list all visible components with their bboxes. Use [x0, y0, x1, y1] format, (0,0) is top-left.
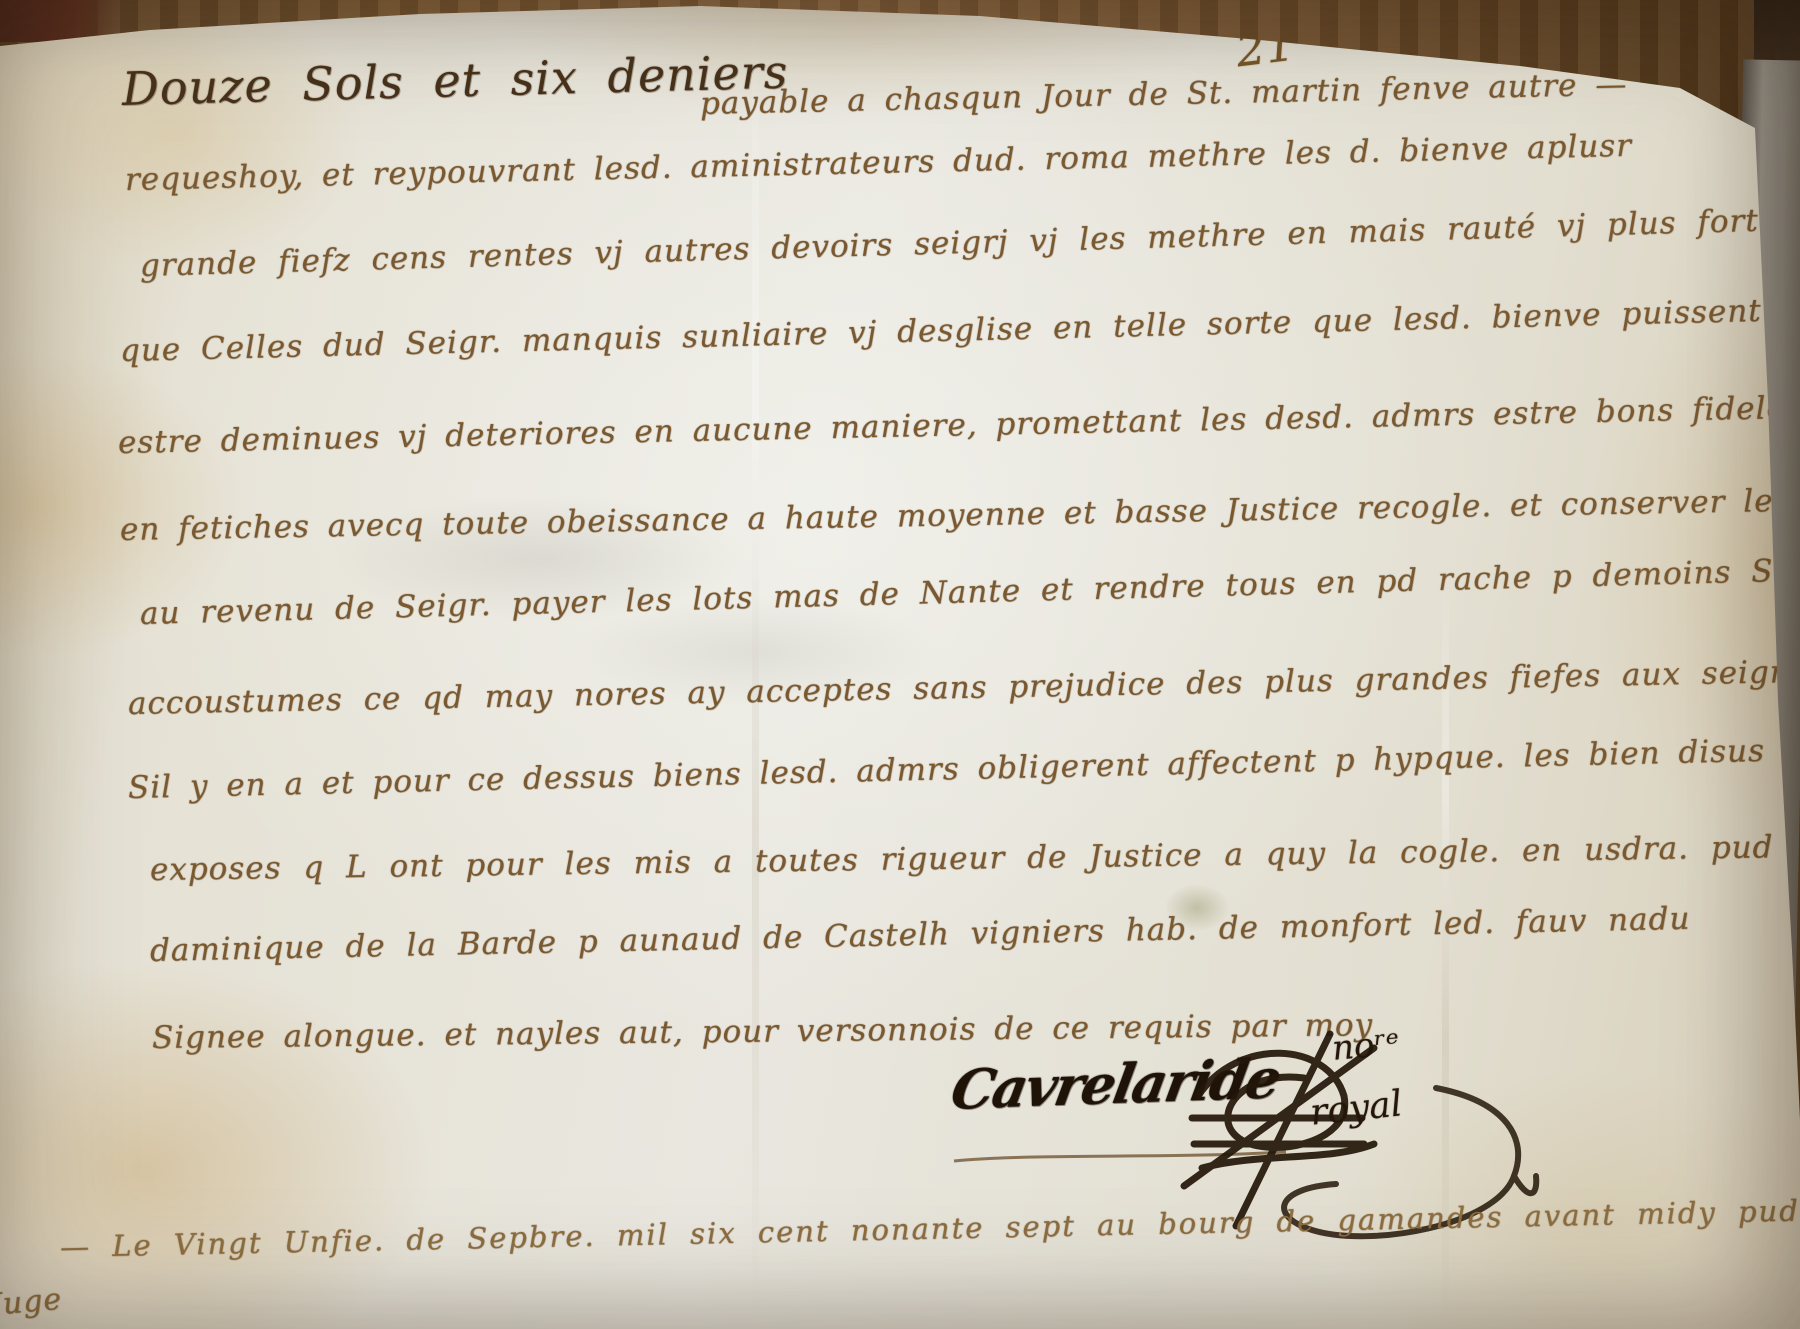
manuscript-page: 21 Douze Sols et six deniers payable a c…: [0, 0, 1800, 1329]
manuscript-photo: 21 Douze Sols et six deniers payable a c…: [0, 0, 1800, 1329]
manuscript-line-2: grande fiefz cens rentes vj autres devoi…: [139, 202, 1778, 284]
manuscript-line-8: Sil y en a et pour ce dessus biens lesd.…: [128, 733, 1766, 806]
manuscript-line-5: en fetiches avecq toute obeissance a hau…: [120, 480, 1800, 548]
page-crease-left: [752, 0, 759, 1329]
margin-note: Juge: [0, 1282, 64, 1323]
manuscript-line-10: daminique de la Barde p aunaud de Castel…: [150, 901, 1691, 969]
manuscript-line-6: au revenu de Seigr. payer les lots mas d…: [140, 551, 1800, 632]
signature-title-abbreviation: noʳᵉ: [1330, 1023, 1401, 1069]
manuscript-line-3: que Celles dud Seigr. manquis sunliaire …: [120, 293, 1763, 369]
manuscript-line-4: estre deminues vj deteriores en aucune m…: [118, 390, 1800, 461]
manuscript-line-9: exposes q L ont pour les mis a toutes ri…: [150, 829, 1800, 888]
opening-phrase: Douze Sols et six deniers: [121, 45, 789, 116]
manuscript-line-7: accoustumes ce qd may nores ay acceptes …: [128, 653, 1800, 722]
page-number: 21: [1233, 17, 1298, 78]
opening-phrase-continuation: payable a chasqun Jour de St. martin fen…: [700, 67, 1628, 122]
manuscript-line-1: requeshoy, et reypouvrant lesd. aministr…: [125, 128, 1633, 198]
